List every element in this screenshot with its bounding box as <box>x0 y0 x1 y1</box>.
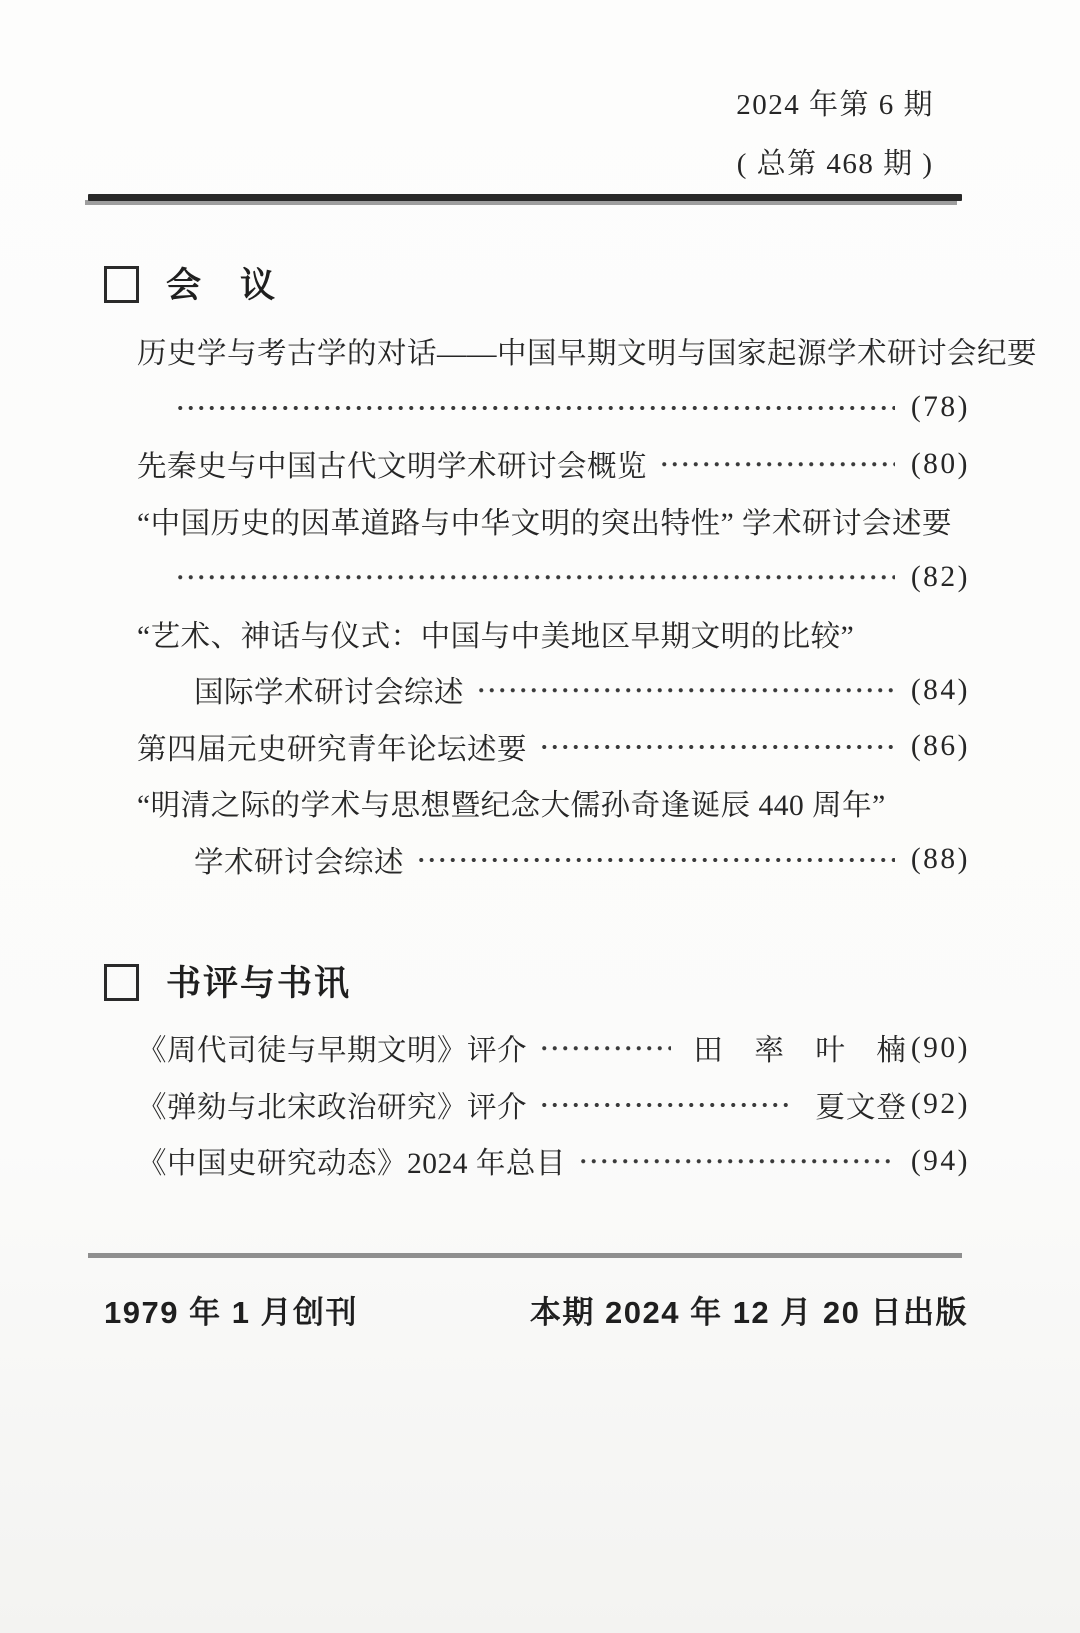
section-title-conference: 会 议 <box>104 258 277 308</box>
issue-info: 2024 年第 6 期 ( 总第 468 期 ) <box>736 76 934 194</box>
section-title-text: 书评与书讯 <box>166 956 351 1006</box>
bottom-rule <box>88 1253 962 1258</box>
page-number: (92) <box>911 1088 970 1121</box>
dot-leader <box>537 1077 793 1134</box>
page-number: (80) <box>911 448 970 481</box>
toc-line: 国际学术研讨会综述 (84) <box>194 662 970 719</box>
dot-leader <box>173 380 895 437</box>
page-number: (82) <box>911 561 970 594</box>
entry-subtitle: 国际学术研讨会综述 <box>194 669 464 711</box>
toc-line: 学术研讨会综述 (88) <box>194 832 970 889</box>
toc-line: (78) <box>163 380 970 437</box>
page-number: (90) <box>911 1032 970 1065</box>
founded-date: 1979 年 1 月创刊 <box>104 1287 358 1332</box>
toc-line: (82) <box>163 549 970 606</box>
toc-line: 《弹劾与北宋政治研究》评介 夏文登 (92) <box>137 1077 970 1134</box>
toc-line: “艺术、神话与仪式：中国与中美地区早期文明的比较” <box>137 606 970 663</box>
entry-subtitle: 学术研讨会综述 <box>194 839 404 881</box>
cumulative-issue-number: ( 总第 468 期 ) <box>736 135 934 194</box>
entry-title: 《周代司徒与早期文明》评介 <box>137 1027 527 1069</box>
journal-toc-page: 2024 年第 6 期 ( 总第 468 期 ) 会 议 历史学与考古学的对话—… <box>0 0 1080 1633</box>
entry-title: 先秦史与中国古代文明学术研讨会概览 <box>137 443 647 485</box>
dot-leader <box>576 1133 895 1190</box>
entry-title: “明清之际的学术与思想暨纪念大儒孙奇逢诞辰 440 周年” <box>137 782 886 824</box>
entry-title: 《中国史研究动态》2024 年总目 <box>137 1140 566 1182</box>
page-number: (78) <box>911 391 970 424</box>
entry-title: 第四届元史研究青年论坛述要 <box>137 726 527 768</box>
toc-line: 《中国史研究动态》2024 年总目 (94) <box>137 1133 970 1190</box>
top-rule <box>88 194 962 201</box>
toc-line: 历史学与考古学的对话——中国早期文明与国家起源学术研讨会纪要 <box>137 323 970 380</box>
section-title-text: 会 议 <box>166 258 277 308</box>
page-number: (84) <box>911 674 970 707</box>
square-bullet-icon <box>104 266 139 303</box>
publish-date: 本期 2024 年 12 月 20 日出版 <box>530 1287 968 1332</box>
dot-leader <box>173 549 895 606</box>
page-number: (88) <box>911 843 970 876</box>
entry-authors: 田 率 叶 楠 <box>693 1027 907 1069</box>
toc-line: 《周代司徒与早期文明》评介 田 率 叶 楠 (90) <box>137 1020 970 1077</box>
section-title-book-reviews: 书评与书讯 <box>104 956 351 1006</box>
entry-title: 历史学与考古学的对话——中国早期文明与国家起源学术研讨会纪要 <box>137 330 1037 372</box>
entry-title: 《弹劾与北宋政治研究》评介 <box>137 1084 527 1126</box>
page-number: (94) <box>911 1145 970 1178</box>
issue-number: 2024 年第 6 期 <box>736 76 934 135</box>
toc-line: 先秦史与中国古代文明学术研讨会概览 (80) <box>137 436 970 493</box>
dot-leader <box>474 662 895 719</box>
entry-authors: 夏文登 <box>815 1084 907 1126</box>
dot-leader <box>537 1020 671 1077</box>
page-number: (86) <box>911 730 970 763</box>
toc-line: “中国历史的因革道路与中华文明的突出特性” 学术研讨会述要 <box>137 493 970 550</box>
toc-line: 第四届元史研究青年论坛述要 (86) <box>137 719 970 776</box>
dot-leader <box>537 719 895 776</box>
entry-title: “中国历史的因革道路与中华文明的突出特性” 学术研讨会述要 <box>137 500 952 542</box>
toc-entries-conference: 历史学与考古学的对话——中国早期文明与国家起源学术研讨会纪要 (78) 先秦史与… <box>137 323 970 888</box>
square-bullet-icon <box>104 964 139 1001</box>
toc-line: “明清之际的学术与思想暨纪念大儒孙奇逢诞辰 440 周年” <box>137 775 970 832</box>
entry-title: “艺术、神话与仪式：中国与中美地区早期文明的比较” <box>137 613 854 655</box>
dot-leader <box>657 436 895 493</box>
toc-entries-book-reviews: 《周代司徒与早期文明》评介 田 率 叶 楠 (90) 《弹劾与北宋政治研究》评介… <box>137 1020 970 1190</box>
dot-leader <box>414 832 895 889</box>
